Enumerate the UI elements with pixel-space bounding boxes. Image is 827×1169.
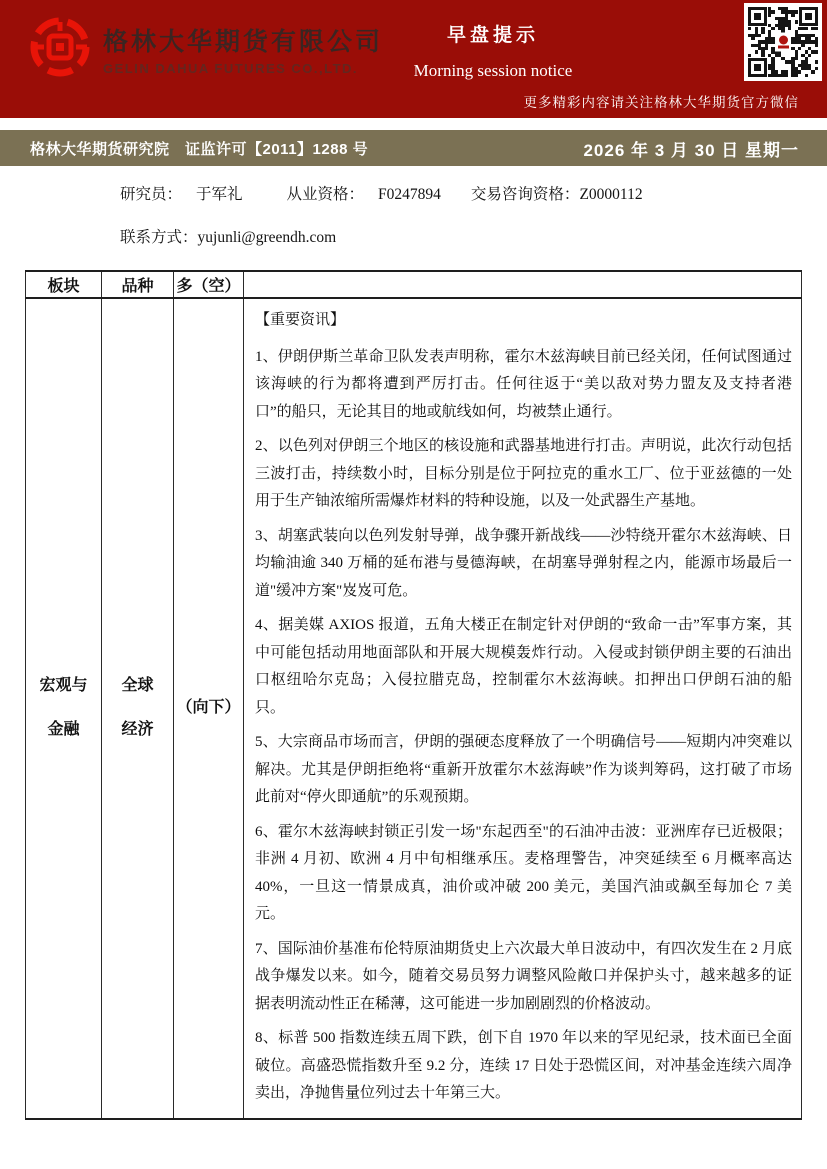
- news-paragraph: 8、标普 500 指数连续五周下跌，创下自 1970 年以来的罕见纪录，技术面已…: [255, 1025, 792, 1108]
- document-page: 格林大华期货有限公司 GELIN DAHUA FUTURES CO.,LTD. …: [0, 0, 827, 1169]
- qr-center-logo-icon: [775, 33, 791, 52]
- col-header-direction: 多（空）: [174, 271, 244, 298]
- news-paragraph: 3、胡塞武装向以色列发射导弹，战争骤开新战线——沙特绕开霍尔木兹海峡、日均输油逾…: [255, 523, 792, 606]
- qr-finder-icon: [748, 58, 767, 77]
- company-name-block: 格林大华期货有限公司 GELIN DAHUA FUTURES CO.,LTD.: [103, 22, 383, 76]
- letterhead: 格林大华期货有限公司 GELIN DAHUA FUTURES CO.,LTD. …: [0, 0, 827, 118]
- direction-cell: （向下）: [174, 298, 244, 1119]
- qr-finder-icon: [748, 7, 767, 26]
- col-header-content: [244, 271, 802, 298]
- company-seal-icon: [28, 15, 92, 79]
- news-content-cell: 【重要资讯】 1、伊朗伊斯兰革命卫队发表声明称，霍尔木兹海峡目前已经关闭，任何试…: [244, 298, 802, 1119]
- wechat-qr-code: [744, 3, 822, 81]
- company-name-en: GELIN DAHUA FUTURES CO.,LTD.: [103, 61, 383, 76]
- researcher-label: 研究员：: [120, 186, 182, 203]
- report-date: 2026 年 3 月 30 日 星期一: [583, 136, 799, 161]
- advisory-value: Z0000112: [579, 186, 642, 203]
- info-bar: 格林大华期货研究院 证监许可【2011】1288 号 2026 年 3 月 30…: [0, 130, 827, 166]
- institute-license: 格林大华期货研究院 证监许可【2011】1288 号: [30, 138, 368, 159]
- table-row: 宏观与 金融 全球 经济 （向下） 【重要资讯】 1、伊朗伊斯兰革命卫队发表声明…: [26, 298, 802, 1119]
- news-paragraph: 7、国际油价基准布伦特原油期货史上六次最大单日波动中，有四次发生在 2 月底战争…: [255, 936, 792, 1019]
- researcher-block: 研究员：于军礼从业资格：F0247894交易咨询资格：Z0000112 联系方式…: [120, 182, 643, 268]
- section-title: 【重要资讯】: [255, 307, 792, 335]
- news-paragraph-list: 1、伊朗伊斯兰革命卫队发表声明称，霍尔木兹海峡目前已经关闭，任何试图通过该海峡的…: [255, 344, 792, 1108]
- notice-table: 板块 品种 多（空） 宏观与 金融 全球 经济 （向下） 【重要资讯】 1、伊朗…: [25, 270, 802, 1120]
- news-paragraph: 5、大宗商品市场而言，伊朗的强硬态度释放了一个明确信号——短期内冲突难以解决。尤…: [255, 729, 792, 812]
- notice-title-en: Morning session notice: [398, 61, 588, 81]
- col-header-variety: 品种: [102, 271, 174, 298]
- variety-cell: 全球 经济: [102, 298, 174, 1119]
- cert-value: F0247894: [378, 186, 441, 203]
- wechat-note: 更多精彩内容请关注格林大华期货官方微信: [524, 91, 800, 111]
- researcher-line: 研究员：于军礼从业资格：F0247894交易咨询资格：Z0000112: [120, 182, 643, 204]
- news-paragraph: 1、伊朗伊斯兰革命卫队发表声明称，霍尔木兹海峡目前已经关闭，任何试图通过该海峡的…: [255, 344, 792, 427]
- contact-email: yujunli@greendh.com: [198, 229, 337, 246]
- company-name-cn: 格林大华期货有限公司: [103, 22, 383, 58]
- notice-title-cn: 早盘提示: [398, 20, 588, 47]
- col-header-sector: 板块: [26, 271, 102, 298]
- researcher-name: 于军礼: [196, 186, 243, 203]
- notice-title-block: 早盘提示 Morning session notice: [398, 20, 588, 81]
- advisory-label: 交易咨询资格：: [471, 186, 580, 203]
- contact-line: 联系方式：yujunli@greendh.com: [120, 225, 643, 247]
- qr-finder-icon: [799, 7, 818, 26]
- news-paragraph: 2、以色列对伊朗三个地区的核设施和武器基地进行打击。声明说，此次行动包括三波打击…: [255, 433, 792, 516]
- news-paragraph: 4、据美媒 AXIOS 报道，五角大楼正在制定针对伊朗的“致命一击”军事方案，其…: [255, 612, 792, 722]
- news-paragraph: 6、霍尔木兹海峡封锁正引发一场"东起西至"的石油冲击波：亚洲库存已近极限；非洲 …: [255, 819, 792, 929]
- table-header-row: 板块 品种 多（空）: [26, 271, 802, 298]
- sector-cell: 宏观与 金融: [26, 298, 102, 1119]
- contact-label: 联系方式：: [120, 229, 198, 246]
- cert-label: 从业资格：: [287, 186, 365, 203]
